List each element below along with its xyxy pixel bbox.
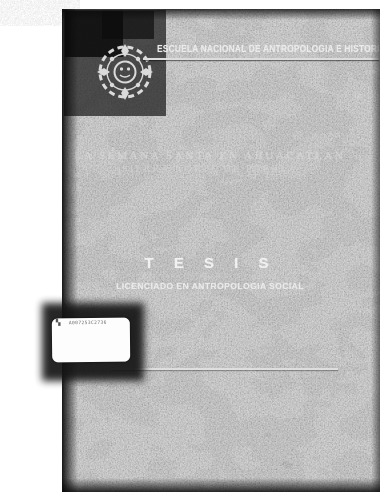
degree-intro-text: QUE PARA OBTENER EL TITULO DE	[62, 274, 358, 280]
institution-header: ESCUELA NACIONAL DE ANTROPOLOGIA E HISTO…	[157, 42, 380, 55]
date-text: FEBRERO DE 1994	[248, 371, 322, 378]
enah-emblem-icon	[96, 43, 154, 101]
sticker-stamp-icon: ▚	[56, 319, 61, 326]
tesis-heading: T E S I S	[62, 255, 358, 272]
thesis-title-line2: SIERRA NORTE DE PUEBLA	[62, 164, 358, 175]
scanned-page: ESCUELA NACIONAL DE ANTROPOLOGIA E HISTO…	[0, 0, 386, 500]
sticker-code: A007253C2736	[69, 321, 107, 326]
library-sticker: ▚ A007253C2736	[52, 318, 130, 363]
degree-name: LICENCIADO EN ANTROPOLOGIA SOCIAL	[62, 281, 358, 291]
ink-patch	[102, 11, 154, 39]
thesis-title-line1: LA SEMANA SANTA EN AHUACATLAN	[62, 150, 358, 162]
header-underline	[143, 58, 379, 60]
book-cover: ESCUELA NACIONAL DE ANTROPOLOGIA E HISTO…	[62, 9, 380, 492]
footer-rule	[110, 368, 338, 370]
